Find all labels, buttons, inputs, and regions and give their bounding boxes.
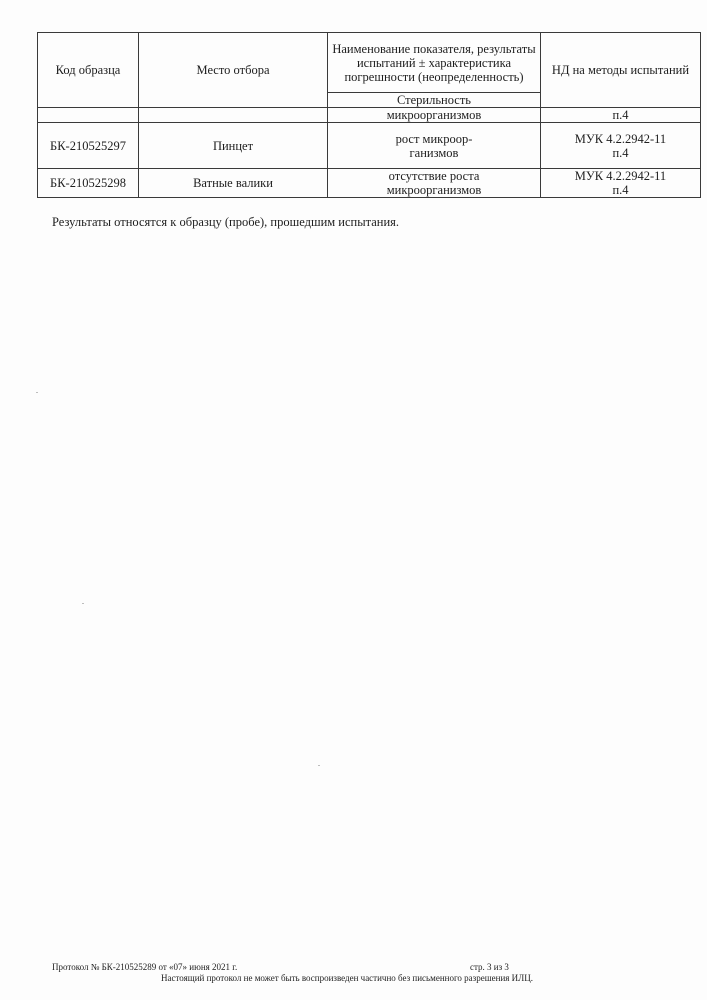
footer-disclaimer: Настоящий протокол не может быть воспрои… [161,973,533,983]
result-line: отсутствие роста [332,169,536,183]
cell-code: БК-210525297 [38,123,139,169]
cell-code [38,108,139,123]
cell-result: микроорганизмов [328,108,541,123]
cell-result: отсутствие роста микроорганизмов [328,169,541,198]
cell-place: Ватные валики [139,169,328,198]
header-indicator: Наименование показателя, результаты испы… [328,33,541,93]
cell-place: Пинцет [139,123,328,169]
header-place: Место отбора [139,33,328,108]
method-line: МУК 4.2.2942-11 [545,169,696,183]
page-number: стр. 3 из 3 [470,962,509,972]
document-page: Код образца Место отбора Наименование по… [0,0,707,1000]
scan-speck [36,392,38,393]
table-row: БК-210525298 Ватные валики отсутствие ро… [38,169,701,198]
method-line: МУК 4.2.2942-11 [545,132,696,146]
result-line: микроорганизмов [332,183,536,197]
header-indicator-sub: Стерильность [328,93,541,108]
table-row: микроорганизмов п.4 [38,108,701,123]
results-note: Результаты относятся к образцу (пробе), … [52,215,399,230]
scan-speck [318,765,320,766]
table-header-row: Код образца Место отбора Наименование по… [38,33,701,93]
protocol-number: Протокол № БК-210525289 от «07» июня 202… [52,962,237,972]
scan-speck [82,603,84,604]
header-method: НД на методы испытаний [541,33,701,108]
cell-code: БК-210525298 [38,169,139,198]
cell-method: МУК 4.2.2942-11 п.4 [541,123,701,169]
results-table: Код образца Место отбора Наименование по… [37,32,701,198]
method-line: п.4 [545,146,696,160]
result-line: ганизмов [332,146,536,160]
footer: Протокол № БК-210525289 от «07» июня 202… [52,962,652,972]
cell-method: п.4 [541,108,701,123]
cell-method: МУК 4.2.2942-11 п.4 [541,169,701,198]
header-code: Код образца [38,33,139,108]
table-row: БК-210525297 Пинцет рост микроор- ганизм… [38,123,701,169]
cell-place [139,108,328,123]
method-line: п.4 [545,183,696,197]
cell-result: рост микроор- ганизмов [328,123,541,169]
result-line: рост микроор- [332,132,536,146]
